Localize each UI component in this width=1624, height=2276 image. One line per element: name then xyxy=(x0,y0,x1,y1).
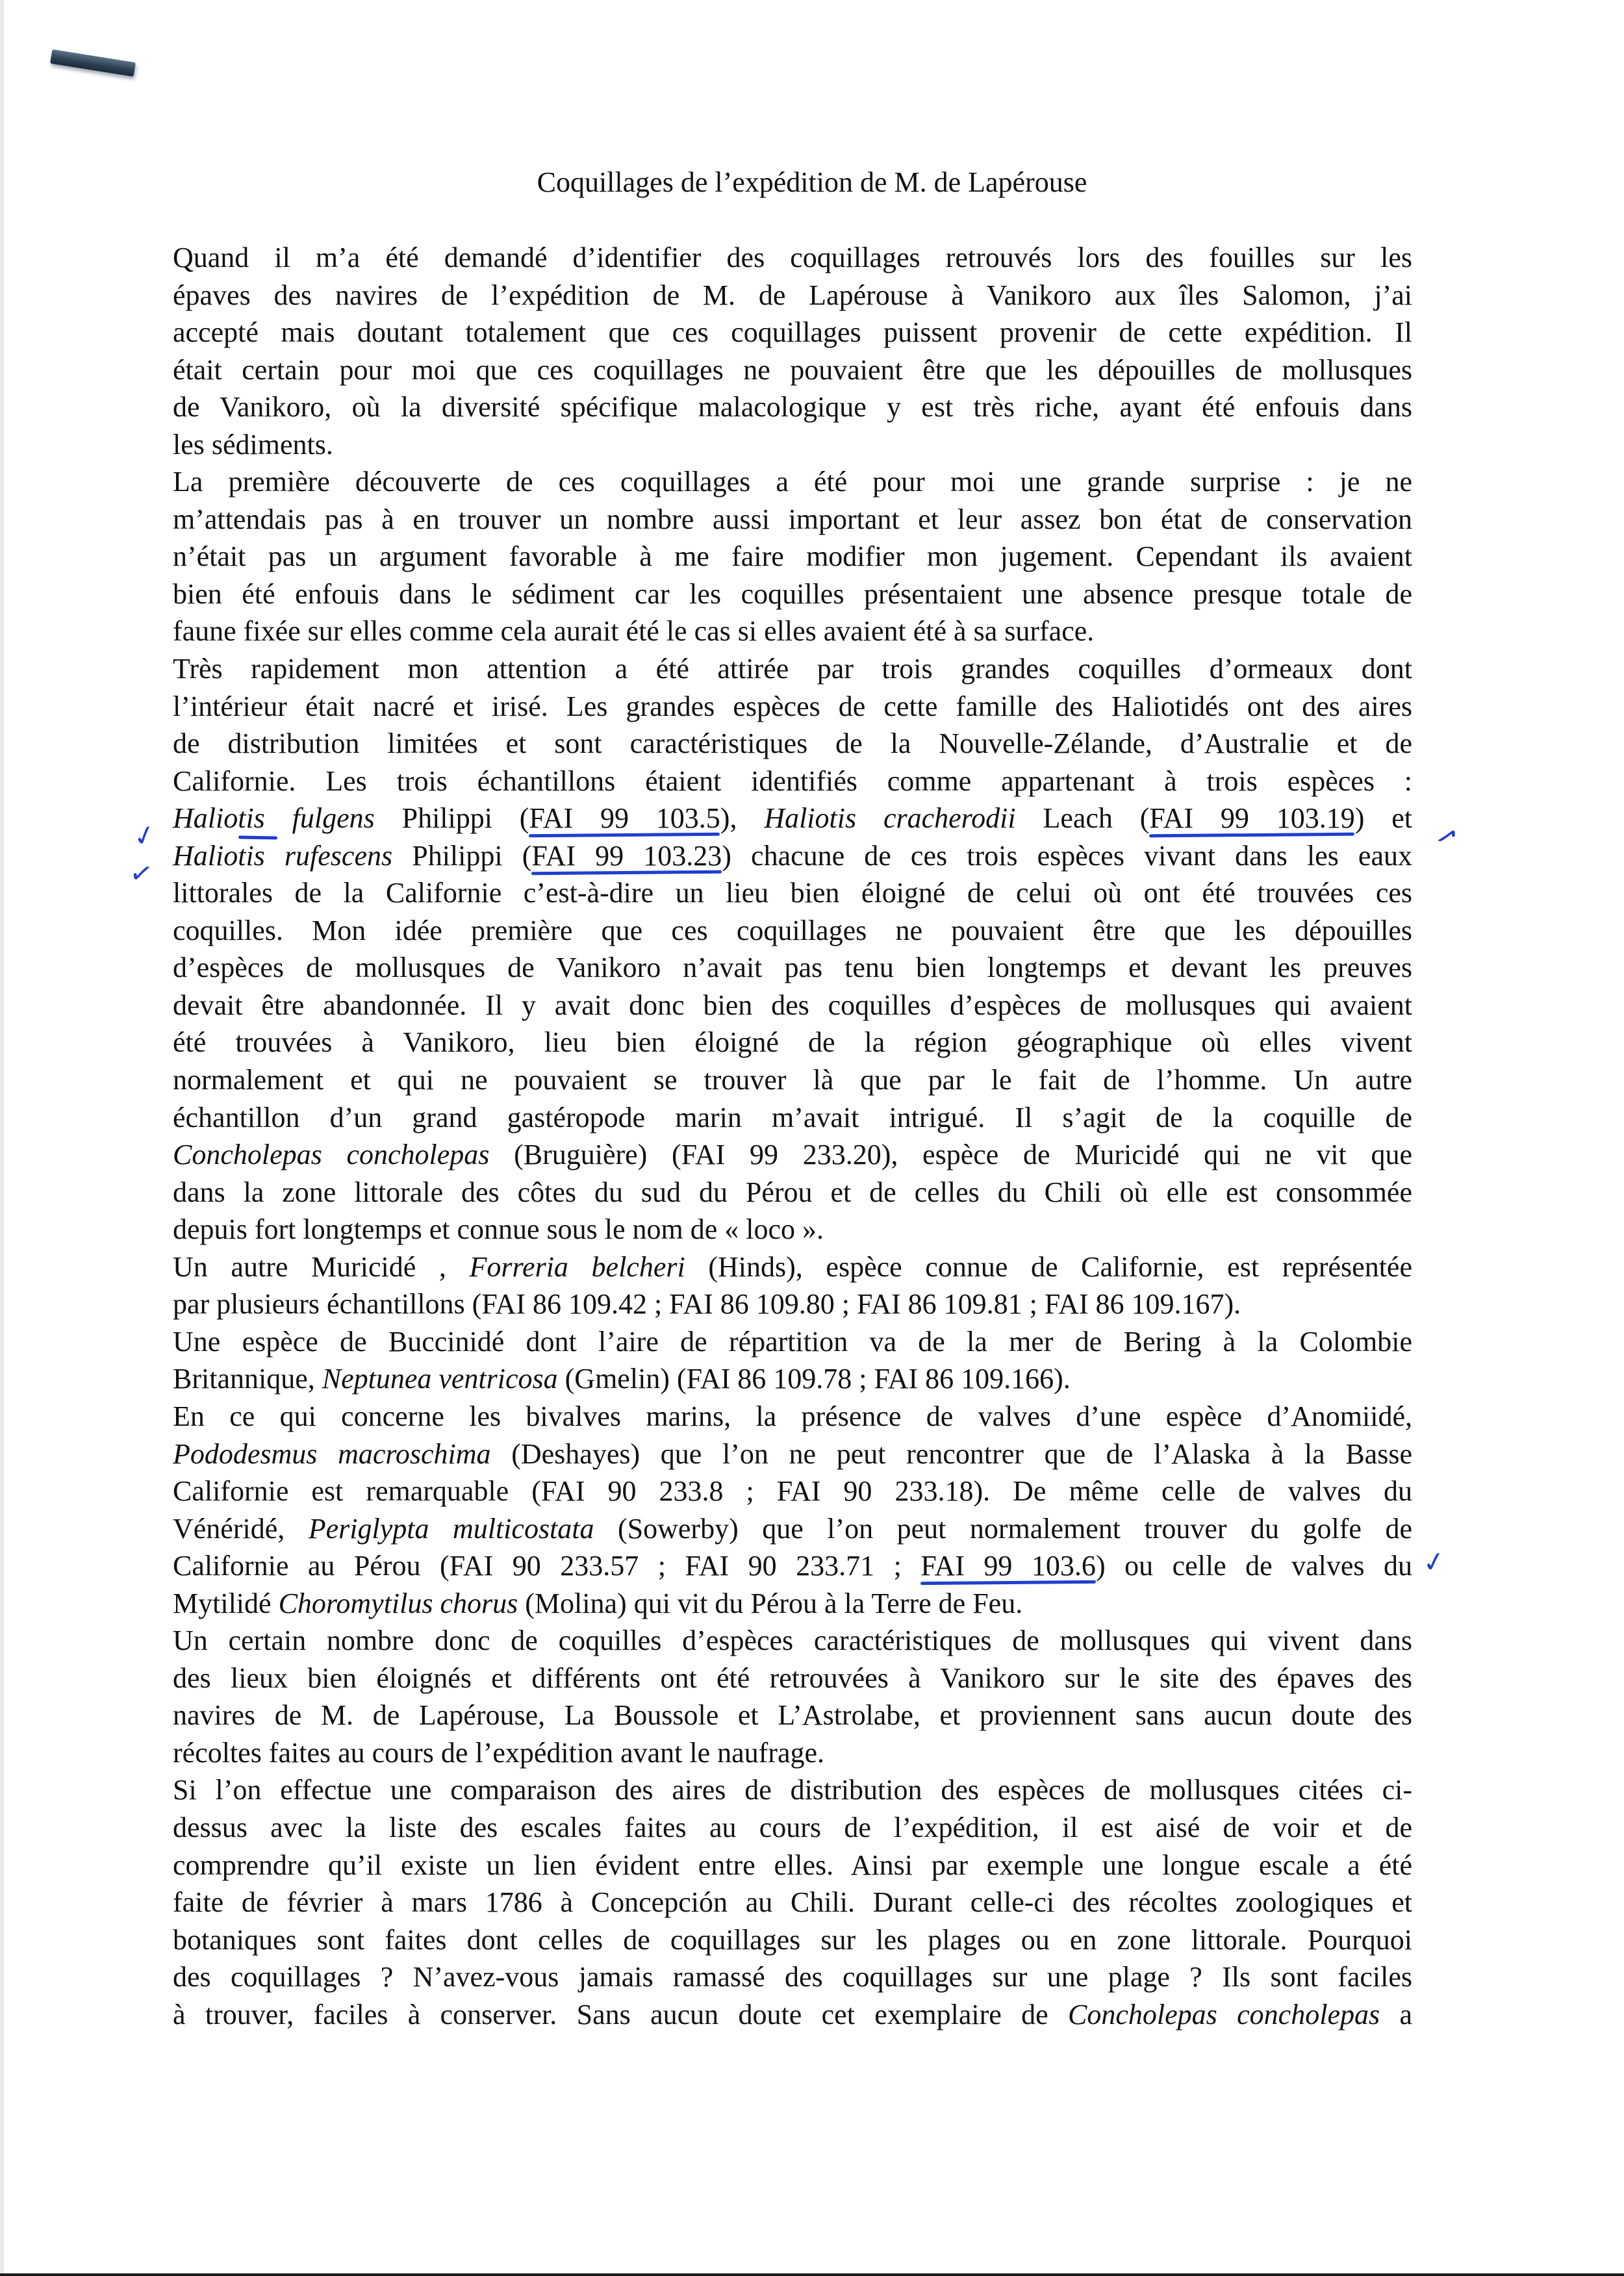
margin-check-icon: ✓ xyxy=(129,817,160,853)
text-line: Haliotis fulgens Philippi (FAI 99 103.5)… xyxy=(173,800,1412,837)
text-line: littorales de la Californie c’est-à-dire… xyxy=(173,874,1412,912)
text-line: n’était pas un argument favorable à me f… xyxy=(173,538,1412,575)
text-line: Haliotis rufescens Philippi (FAI 99 103.… xyxy=(173,837,1412,875)
text-line: Un certain nombre donc de coquilles d’es… xyxy=(173,1622,1412,1660)
text-line: Si l’on effectue une comparaison des air… xyxy=(173,1771,1412,1809)
text-line: était certain pour moi que ces coquillag… xyxy=(173,351,1412,389)
text-line: Pododesmus macroschima (Deshayes) que l’… xyxy=(173,1435,1412,1473)
text-line: accepté mais doutant totalement que ces … xyxy=(173,314,1412,351)
text-line: navires de M. de Lapérouse, La Boussole … xyxy=(173,1697,1412,1734)
scan-edge xyxy=(0,0,4,2276)
text-line: Concholepas concholepas (Bruguière) (FAI… xyxy=(173,1136,1412,1174)
text-line: dessus avec la liste des escales faites … xyxy=(173,1809,1412,1847)
text-line: d’espèces de mollusques de Vanikoro n’av… xyxy=(173,949,1412,987)
text-line: des lieux bien éloignés et différents on… xyxy=(173,1660,1412,1697)
text-line: Quand il m’a été demandé d’identifier de… xyxy=(173,239,1412,277)
text-line: échantillon d’un grand gastéropode marin… xyxy=(173,1099,1412,1137)
document-title: Coquillages de l’expédition de M. de Lap… xyxy=(0,166,1624,199)
text-line: coquilles. Mon idée première que ces coq… xyxy=(173,912,1412,950)
margin-check-icon: ✓ xyxy=(127,855,155,891)
text-line: depuis fort longtemps et connue sous le … xyxy=(173,1211,1412,1248)
text-line: La première découverte de ces coquillage… xyxy=(173,463,1412,501)
text-line: récoltes faites au cours de l’expédition… xyxy=(173,1734,1412,1772)
text-line: Une espèce de Buccinidé dont l’aire de r… xyxy=(173,1323,1412,1361)
scan-edge-bottom xyxy=(0,2273,1624,2276)
text-line: botaniques sont faites dont celles de co… xyxy=(173,1921,1412,1959)
text-line: Très rapidement mon attention a été atti… xyxy=(173,650,1412,688)
text-line: devait être abandonnée. Il y avait donc … xyxy=(173,987,1412,1024)
text-line: comprendre qu’il existe un lien évident … xyxy=(173,1847,1412,1884)
text-line: m’attendais pas à en trouver un nombre a… xyxy=(173,501,1412,538)
margin-check-icon: ✓ xyxy=(1420,1544,1448,1579)
text-line: dans la zone littorale des côtes du sud … xyxy=(173,1174,1412,1211)
text-line: les sédiments. xyxy=(173,426,1412,464)
staple-mark xyxy=(50,49,136,77)
text-line: de distribution limitées et sont caracté… xyxy=(173,725,1412,763)
text-line: de Vanikoro, où la diversité spécifique … xyxy=(173,388,1412,426)
text-line: En ce qui concerne les bivalves marins, … xyxy=(173,1398,1412,1435)
text-line: bien été enfouis dans le sédiment car le… xyxy=(173,575,1412,613)
text-line: Un autre Muricidé , Forreria belcheri (H… xyxy=(173,1248,1412,1286)
text-line: l’intérieur était nacré et irisé. Les gr… xyxy=(173,688,1412,726)
text-line: Californie au Pérou (FAI 90 233.57 ; FAI… xyxy=(173,1547,1412,1585)
text-line: été trouvées à Vanikoro, lieu bien éloig… xyxy=(173,1024,1412,1061)
text-line: par plusieurs échantillons (FAI 86 109.4… xyxy=(173,1285,1412,1323)
text-line: épaves des navires de l’expédition de M.… xyxy=(173,277,1412,314)
text-line: Britannique, Neptunea ventricosa (Gmelin… xyxy=(173,1360,1412,1398)
text-line: des coquillages ? N’avez-vous jamais ram… xyxy=(173,1958,1412,1996)
pen-underline xyxy=(238,835,277,839)
margin-check-icon: ✓ xyxy=(1431,816,1464,854)
text-line: faune fixée sur elles comme cela aurait … xyxy=(173,613,1412,650)
text-line: faite de février à mars 1786 à Concepció… xyxy=(173,1884,1412,1921)
text-line: Vénéridé, Periglypta multicostata (Sower… xyxy=(173,1510,1412,1548)
text-line: Mytilidé Choromytilus chorus (Molina) qu… xyxy=(173,1585,1412,1623)
text-line: à trouver, faciles à conserver. Sans auc… xyxy=(173,1996,1412,2034)
document-body: Quand il m’a été demandé d’identifier de… xyxy=(173,239,1412,2033)
text-line: Californie. Les trois échantillons étaie… xyxy=(173,763,1412,800)
text-line: normalement et qui ne pouvaient se trouv… xyxy=(173,1061,1412,1099)
text-line: Californie est remarquable (FAI 90 233.8… xyxy=(173,1473,1412,1510)
